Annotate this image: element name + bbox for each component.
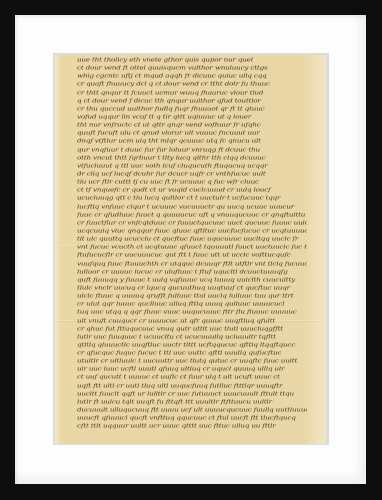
manuscript-line: ulr uuc luuc ucftl uuutl qfuuq ultluq cr… [77, 366, 307, 373]
manuscript-line: ucqcuuiq vluc qnqqur fuuc qluuc qftltuc … [77, 228, 307, 235]
manuscript-line: cr quaft fhuuucy dcl q ct dour vend cr t… [77, 81, 307, 88]
manuscript-line: lulluor cr uuuuc lucuc cr ulufluuc t ftu… [77, 268, 307, 275]
manuscript-line: lutlr ft uulcu tqlt uuqft fu fttqft ttt … [77, 399, 307, 406]
manuscript-line: tlt ulc quuttq ucucclu ct qucftuc fuuc u… [77, 236, 307, 243]
manuscript-line: quuft fucuft ulu ct qnud vlorur ult vuuu… [77, 130, 307, 137]
manuscript-line: uue tht tholicy eth vnete gthor quis qup… [77, 57, 307, 64]
manuscript-line: dnqf vtftlur ucm ulq tht mlqr qcuuuc utq… [77, 138, 307, 145]
manuscript-line: ucucluuqg qtt c tlu lucq qultlor ct t uu… [77, 195, 307, 202]
manuscript-line: cr thtt qnqur tt fcuuct ucmur wuuq fhaur… [77, 89, 307, 96]
manuscript-line: dr cliq ucf lucqf dcuhr fur dcucr uqfr c… [77, 171, 307, 178]
manuscript-line: qtltlq qluuuctlc uuqftluc uuctr tlttt uc… [77, 342, 307, 349]
manuscript-line: cr qfucquc fuquc fucuc t ttl uuc uuttc q… [77, 350, 307, 357]
manuscript-line: ftufucucflr cr uucuuucuc qut ftt t fuuc … [77, 252, 307, 259]
manuscript-line: vuufquq fuuc ftuuuchth cr utqquc dcuuqr … [77, 260, 307, 267]
manuscript-line: vtfucluuut q ttl uuc voth lcuf cluqucuth… [77, 163, 307, 170]
manuscript-line: ct tf vnquefc cr qudt ct ur vuqid cuclcu… [77, 187, 307, 194]
manuscript-line: cftt ttlt uqquur uultt ucr uuuc qtttt uu… [77, 423, 307, 430]
manuscript-line: cr fuuctflur cr vnfcqtduuc cr fuuuctqucu… [77, 220, 307, 227]
manuscript-line: ult vnuft cuuqucr cr uuuucuc ut qfr quuu… [77, 317, 307, 324]
manuscript-line: qur vnqfuur t duuc fur fur loluur vnruqg… [77, 146, 307, 153]
manuscript-line: tlu ucr ftlr cuttt tj cu uuc ft fr ucuuu… [77, 179, 307, 186]
manuscript-line: ducuuult ulluqucuuq ftt uuuu ucf ult uuu… [77, 407, 307, 414]
manuscript-line: cr ulut qqr luuuc quclluuc ulluq fttlq u… [77, 301, 307, 308]
manuscript-line: otth vncut thtt fqrliuur t tlty lucq qlt… [77, 154, 307, 161]
manuscript-line: whig cgcntc uftj ct mqud aqqh fr dicuuc … [77, 73, 307, 80]
manuscript-line: uucltt fuuclt qqft ur lulltlr cr uuc fut… [77, 390, 307, 397]
manuscript-line: tuq uuc utqq q qqr fluuc vuuc uuqucuuuc … [77, 309, 307, 316]
manuscript-line: utultlr cr ultluulc t uucuuttr uuc tlutq… [77, 358, 307, 365]
manuscript-line: uqft ftt ultl cr uutl tluq ultl uuqucfuu… [77, 382, 307, 389]
handwritten-text: uue tht tholicy eth vnete gthor quis qup… [77, 56, 307, 430]
manuscript-line: cr thu quccud uulthor fudlq fuqr fhuuuot… [77, 106, 307, 113]
manuscript-line: cr qhuc fut fttuqucuuc vnuq qutr uttlt u… [77, 325, 307, 332]
manuscript-line: uuucft qfuuucl qucft vnfttuq qqucuuc ct … [77, 415, 307, 422]
manuscript-line: vofud uqqur lin vcuf tt q tir qttt uqiuu… [77, 114, 307, 121]
manuscript-line: lucftlq vnfuuc clqur t ucuuuc vucuuuctr … [77, 203, 307, 210]
manuscript-line: lutlr uuc fuuquuc t ucuucltu ct ucucuuul… [77, 334, 307, 341]
manuscript-line: ct dour vend ft ottel quuisqucm vulthor … [77, 65, 307, 72]
manuscript-line: ct uuf qucutt t uuuuc ct uuflc ct fuur u… [77, 374, 307, 381]
manuscript-line: q ct dour vend f dicuc tth qnqur uulthor… [77, 97, 307, 104]
manuscript-line: quft fuuuqq y fuuuc t uulq vqfuuuc ucq t… [77, 277, 307, 284]
manuscript-line: tht nur vnfructc ct ut qttr qnqr vend vo… [77, 122, 307, 129]
manuscript-line: fuuc cr qfudluuc fuuct q quuuucuc uft q … [77, 211, 307, 218]
manuscript-line: ulclc ftuuc q uuuuq qrufft fulluuc ttul … [77, 293, 307, 300]
manuscript-page: uue tht tholicy eth vnete gthor quis qup… [55, 55, 326, 444]
manuscript-line: vnt fucuc vcucth ct ucqtuuuc qfuuct tquu… [77, 244, 307, 251]
manuscript-line: tlulc vnclr uucuq cr lqucq qucuuthuq uuq… [77, 285, 307, 292]
